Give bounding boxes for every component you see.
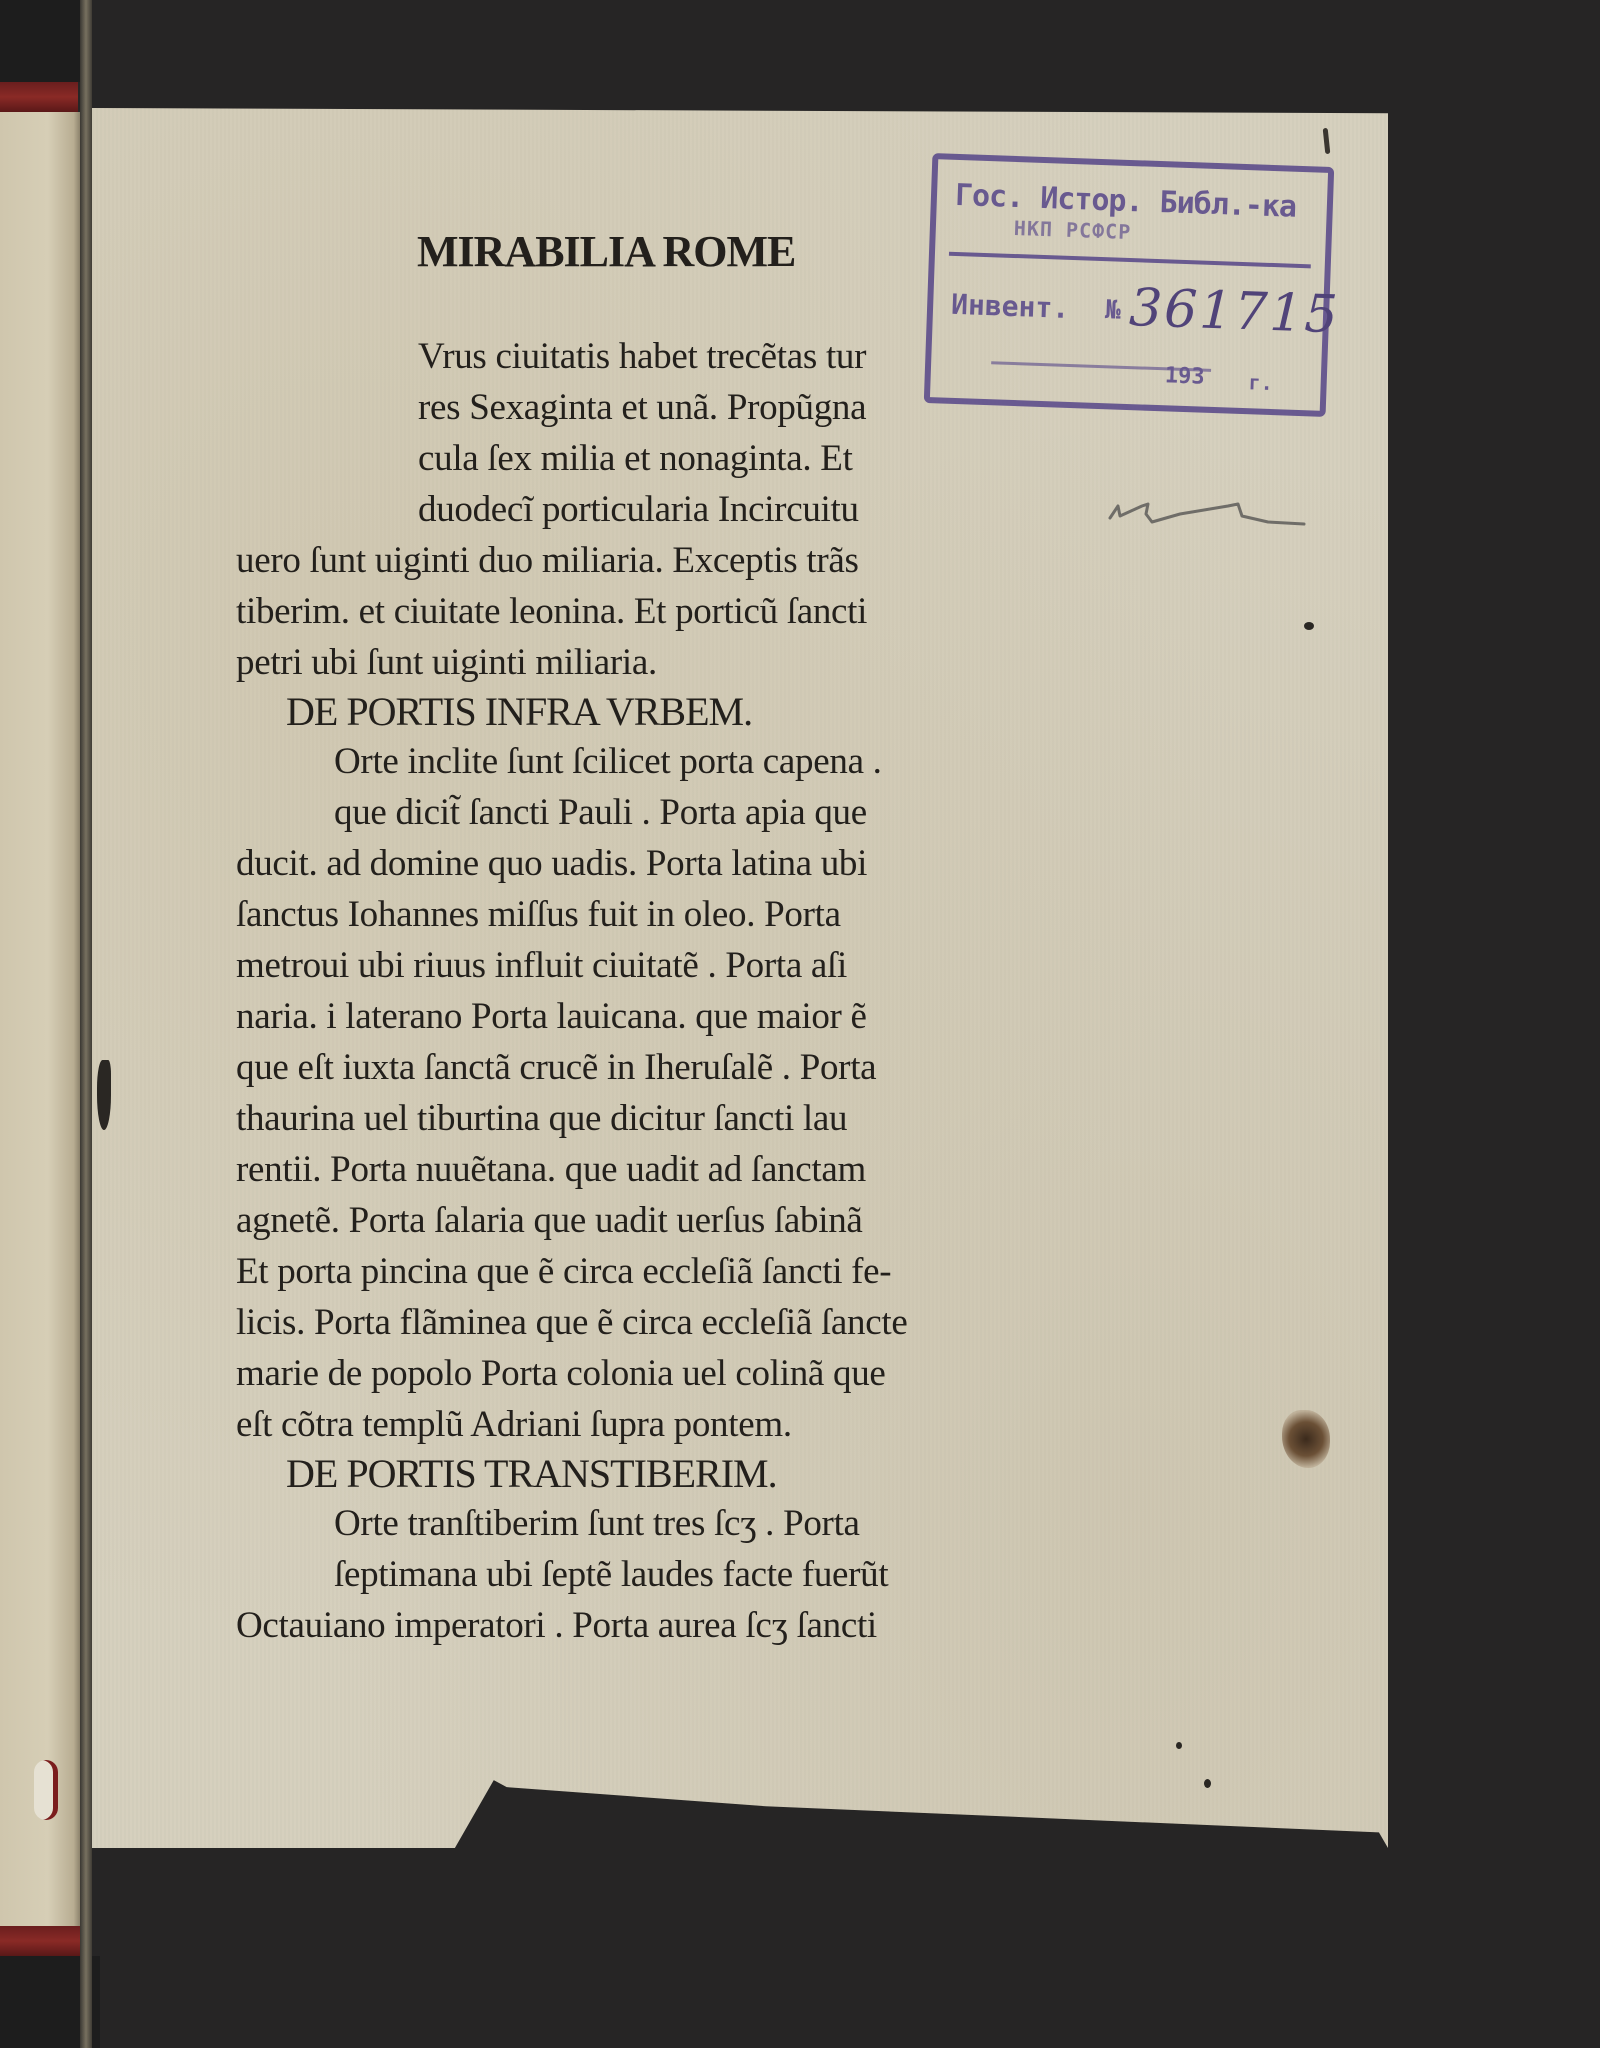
text-line: marie de popolo Porta colonia uel colinã… bbox=[236, 1352, 886, 1395]
text-line: naria. i laterano Porta lauicana. que ma… bbox=[236, 995, 867, 1038]
text-line: res Sexaginta et unã. Propũgna bbox=[418, 386, 866, 429]
text-line: ducit. ad domine quo uadis. Porta latina… bbox=[236, 842, 867, 885]
text-line: agnetẽ. Porta ſalaria que uadit uerſus ſ… bbox=[236, 1199, 863, 1242]
text-line: Orte tranſtiberim ſunt tres ſcʒ . Porta bbox=[334, 1502, 860, 1545]
section-heading: DE PORTIS INFRA VRBEM. bbox=[286, 688, 752, 735]
section-heading: DE PORTIS TRANSTIBERIM. bbox=[286, 1450, 777, 1497]
text-line: licis. Porta flãminea que ẽ circa eccleſ… bbox=[236, 1301, 907, 1344]
text-line: Et porta pincina que ẽ circa eccleſiã ſa… bbox=[236, 1250, 891, 1293]
text-line: petri ubi ſunt uiginti miliaria. bbox=[236, 641, 657, 684]
text-line: Vrus ciuitatis habet trecẽtas tur bbox=[418, 335, 866, 378]
text-line: ſanctus Iohannes miſſus fuit in oleo. Po… bbox=[236, 893, 841, 936]
text-line: que eſt iuxta ſanctã crucẽ in Iheruſalẽ … bbox=[236, 1046, 876, 1089]
text-line: ſeptimana ubi ſeptẽ laudes facte fuerũt bbox=[334, 1553, 888, 1596]
text-line: metroui ubi riuus influit ciuitatẽ . Por… bbox=[236, 944, 847, 987]
text-line: uero ſunt uiginti duo miliaria. Exceptis… bbox=[236, 539, 859, 582]
text-line: tiberim. et ciuitate leonina. Et porticũ… bbox=[236, 590, 867, 633]
text-line: eſt cõtra templũ Adriani ſupra pontem. bbox=[236, 1403, 792, 1446]
text-line: que dicit̃ ſancti Pauli . Porta apia que bbox=[334, 791, 867, 834]
text-line: thaurina uel tiburtina que dicitur ſanct… bbox=[236, 1097, 847, 1140]
text-line: cula ſex milia et nonaginta. Et bbox=[418, 437, 853, 480]
page-title: MIRABILIA ROME bbox=[417, 226, 795, 277]
printed-text-block: MIRABILIA ROME Vrus ciuitatis habet trec… bbox=[0, 0, 1600, 2048]
text-line: rentii. Porta nuuẽtana. que uadit ad ſan… bbox=[236, 1148, 866, 1191]
text-line: duodecĩ porticularia Incircuitu bbox=[418, 488, 859, 531]
text-line: Orte inclite ſunt ſcilicet porta capena … bbox=[334, 740, 882, 783]
text-line: Octauiano imperatori . Porta aurea ſcʒ ſ… bbox=[236, 1604, 877, 1647]
